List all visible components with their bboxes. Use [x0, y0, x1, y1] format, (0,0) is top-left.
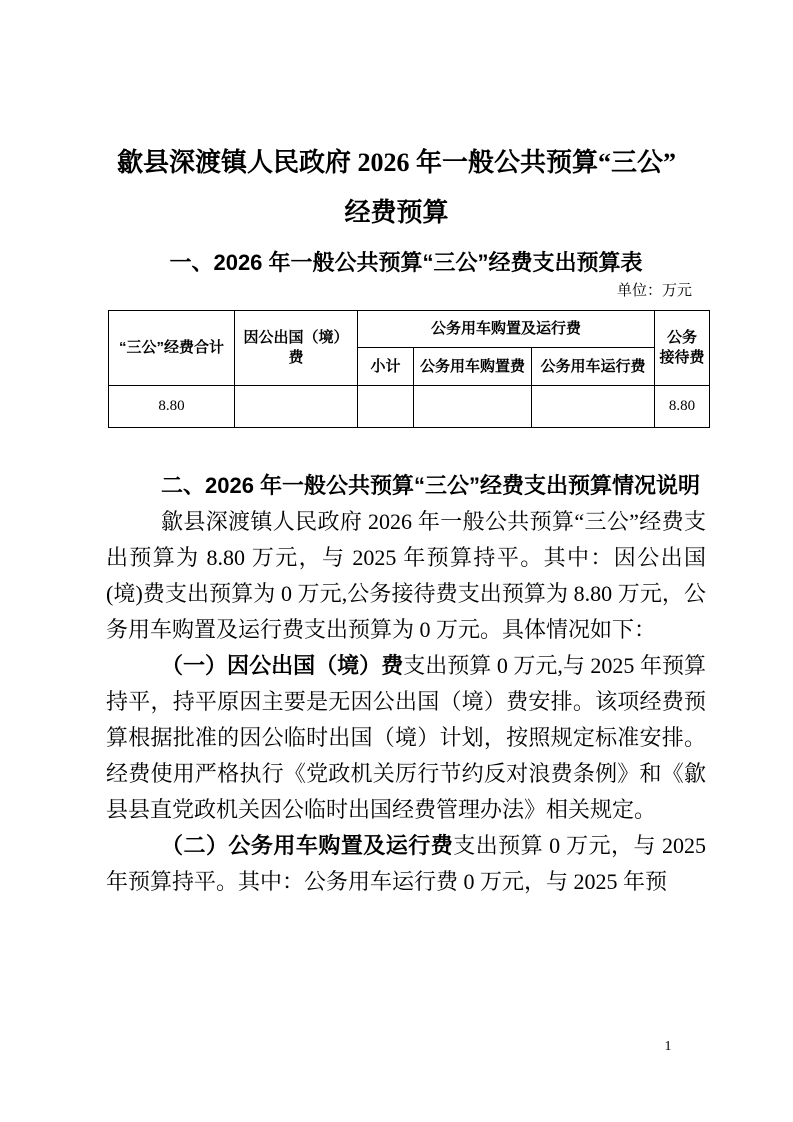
paragraph-item1-lead: （一）因公出国（境）费 — [161, 653, 403, 678]
col-header-abroad-fee: 因公出国（境）费 — [235, 311, 358, 386]
section2-heading: 二、2026 年一般公共预算“三公”经费支出预算情况说明 — [106, 468, 706, 504]
section2-body: 二、2026 年一般公共预算“三公”经费支出预算情况说明 歙县深渡镇人民政府 2… — [106, 468, 706, 900]
col-header-vehicle-group: 公务用车购置及运行费 — [358, 311, 655, 348]
page-number: 1 — [658, 1039, 678, 1055]
document-page: 歙县深渡镇人民政府 2026 年一般公共预算“三公” 经费预算 一、2026 年… — [0, 0, 793, 1122]
document-title: 歙县深渡镇人民政府 2026 年一般公共预算“三公” 经费预算 — [0, 138, 793, 238]
document-title-line2: 经费预算 — [0, 188, 793, 238]
col-header-vehicle-operation: 公务用车运行费 — [532, 348, 655, 386]
table-unit-note: 单位：万元 — [106, 280, 706, 302]
three-public-budget-table: “三公”经费合计 因公出国（境）费 公务用车购置及运行费 公务 接待费 小计 公… — [108, 310, 710, 428]
cell-vehicle-purchase — [414, 386, 532, 428]
col-header-vehicle-purchase: 公务用车购置费 — [414, 348, 532, 386]
document-title-line1: 歙县深渡镇人民政府 2026 年一般公共预算“三公” — [0, 138, 793, 188]
col-header-vehicle-subtotal: 小计 — [358, 348, 414, 386]
section1-heading: 一、2026 年一般公共预算“三公”经费支出预算表 — [106, 248, 706, 278]
cell-vehicle-subtotal — [358, 386, 414, 428]
cell-reception-fee: 8.80 — [655, 386, 710, 428]
paragraph-item1-body: 支出预算 0 万元,与 2025 年预算持平，持平原因主要是无因公出国（境）费安… — [106, 653, 706, 822]
paragraph-overview: 歙县深渡镇人民政府 2026 年一般公共预算“三公”经费支出预算为 8.80 万… — [106, 504, 706, 648]
paragraph-item2-lead: （二）公务用车购置及运行费 — [161, 833, 453, 858]
paragraph-item2: （二）公务用车购置及运行费支出预算 0 万元，与 2025 年预算持平。其中：公… — [106, 828, 706, 900]
cell-abroad-fee — [235, 386, 358, 428]
col-header-reception-fee: 公务 接待费 — [655, 311, 710, 386]
col-header-three-public-total: “三公”经费合计 — [109, 311, 235, 386]
table-data-row: 8.80 8.80 — [109, 386, 710, 428]
cell-vehicle-operation — [532, 386, 655, 428]
table-header-row-1: “三公”经费合计 因公出国（境）费 公务用车购置及运行费 公务 接待费 — [109, 311, 710, 348]
paragraph-item1: （一）因公出国（境）费支出预算 0 万元,与 2025 年预算持平，持平原因主要… — [106, 648, 706, 828]
cell-three-public-total: 8.80 — [109, 386, 235, 428]
